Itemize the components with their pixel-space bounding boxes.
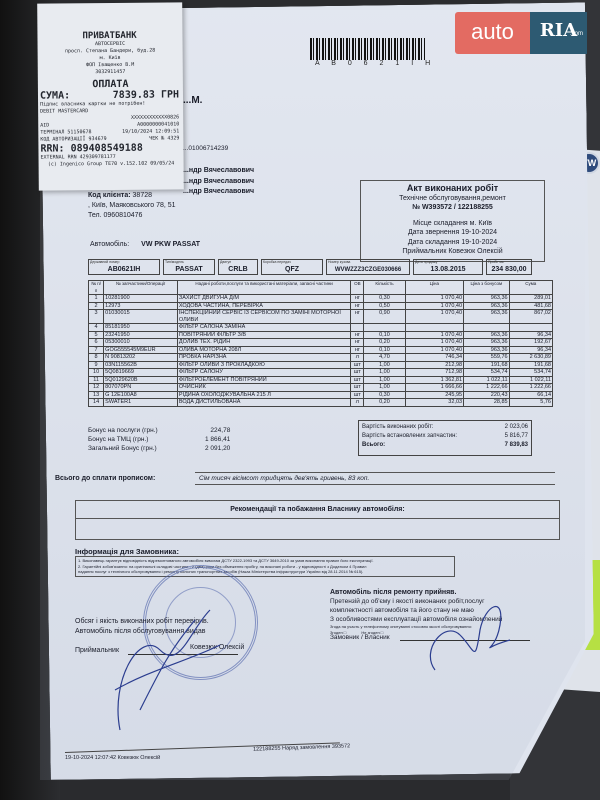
bonus-total-value: 2 091,20 <box>205 444 230 453</box>
table-cell: ВОДА ДИСТИЛЬОВАНА <box>177 399 350 407</box>
table-cell <box>405 324 464 332</box>
table-cell: 1 022,11 <box>464 376 510 384</box>
table-cell: 96,34 <box>509 331 552 339</box>
act-subtitle: Технічне обслуговування,ремонт <box>361 194 544 204</box>
table-cell: 0,50 <box>364 302 405 310</box>
table-cell: 66,14 <box>509 391 552 399</box>
table-cell: ФІЛЬТР САЛОНА ЗАМІНА <box>177 324 350 332</box>
table-cell: 963,36 <box>464 346 510 354</box>
vehicle-field-model: Тип/модельPASSAT <box>163 259 215 275</box>
owner-label: Замовник / Власник <box>330 634 390 641</box>
partial-header-line1: ...М. <box>183 95 202 106</box>
table-cell: 4 <box>89 324 104 332</box>
totals-total: Всього:7 839,83 <box>362 441 528 450</box>
table-cell: 481,68 <box>509 302 552 310</box>
table-row: 523241950ПОВІТРЯНИЙ ФІЛЬТР З/Внг0,101 07… <box>89 331 553 339</box>
table-cell: 191,68 <box>464 361 510 369</box>
partial-name-3: ...ндр Вячеславович <box>183 188 254 195</box>
table-cell: 5Q0819669 <box>104 369 178 377</box>
table-cell: 5 <box>89 331 104 339</box>
table-cell: 1 070,40 <box>405 295 464 303</box>
table-cell: 3 <box>89 310 104 324</box>
table-row: 13G 12E100A8РІДИНА ОХОЛОДЖУВАЛЬНА 215 Лш… <box>89 391 553 399</box>
table-cell: 1 070,40 <box>405 302 464 310</box>
table-cell: 1 <box>89 295 104 303</box>
receipt-sum-label: СУМА: <box>40 90 70 101</box>
table-cell: 963,36 <box>464 302 510 310</box>
totals-parts: Вартість встановлених запчастин:5 816,77 <box>362 432 528 441</box>
table-row: 8N 90813202ПРОБКА НАРІЗНАл4,70746,34559,… <box>89 354 553 362</box>
table-cell: л <box>351 399 364 407</box>
receipt-sum-value: 7839.83 ГРН <box>113 89 179 101</box>
table-cell: ІНСПЕКЦІЙНИЙ СЕРВІС ІЗ СЕРВІСОМ ПО ЗАМІН… <box>177 310 350 324</box>
table-cell: 01030015 <box>104 310 178 324</box>
bonus-labels: Бонус на послуги (грн.) Бонус на ТМЦ (гр… <box>88 426 158 453</box>
table-cell: 0,90 <box>364 310 405 324</box>
table-cell: 1 222,66 <box>464 384 510 392</box>
table-cell: нг <box>351 310 364 324</box>
vehicle-field-mileage: Пробіг км.234 830,00 <box>486 259 532 275</box>
bonus-total-label: Загальний Бонус (грн.) <box>88 444 158 453</box>
autoria-logo: auto RIA .com <box>455 12 587 54</box>
table-cell: 0,20 <box>364 399 405 407</box>
works-table: № п/п № запчастини/Операції Надані робот… <box>88 280 553 407</box>
footer-left: 19-10-2024 12:07:42 Ковезюк Олексій <box>65 755 160 761</box>
logo-ria: RIA .com <box>530 12 587 54</box>
table-row: 7GOG555545M9EURОЛИВА МОТОРНА 208Лнг0,101… <box>89 346 553 354</box>
table-cell: 245,95 <box>405 391 464 399</box>
table-cell: 867,02 <box>509 310 552 324</box>
barcode <box>310 38 425 60</box>
table-cell: SWATER1 <box>104 399 178 407</box>
bonus-services-value: 224,78 <box>205 426 230 435</box>
table-cell: 0,30 <box>364 391 405 399</box>
vehicle-field-gearbox: Коробка передачQFZ <box>261 259 323 275</box>
table-cell: 85181950 <box>104 324 178 332</box>
table-cell <box>464 324 510 332</box>
customer-info-title: Інформація для Замовника: <box>75 547 179 556</box>
table-cell: 1 070,40 <box>405 346 464 354</box>
table-cell: ЗАХИСТ ДВИГУНА Д/М <box>177 295 350 303</box>
table-cell: 191,68 <box>509 361 552 369</box>
act-place: Місце складання м. Київ <box>361 219 544 229</box>
table-cell: 746,34 <box>405 354 464 362</box>
payment-receipt: ПРИВАТБАНК АВТОСЕРВІС просп. Степана Бан… <box>37 2 184 190</box>
table-row: 485181950ФІЛЬТР САЛОНА ЗАМІНА <box>89 324 553 332</box>
recommendations-divider <box>75 518 560 519</box>
table-cell: нг <box>351 331 364 339</box>
table-cell: ФІЛЬТРОЕЛЕМЕНТ ПОВІТРЯНИЙ <box>177 376 350 384</box>
table-cell: 8 <box>89 354 104 362</box>
table-cell: 4,70 <box>364 354 405 362</box>
table-cell: шт <box>351 376 364 384</box>
table-cell: ПОВІТРЯНИЙ ФІЛЬТР З/В <box>177 331 350 339</box>
vehicle-field-engine: ДвигунCRLB <box>218 259 258 275</box>
table-cell: 28,85 <box>464 399 510 407</box>
table-cell: 5,76 <box>509 399 552 407</box>
table-cell: ОЛИВА МОТОРНА 208Л <box>177 346 350 354</box>
vehicle-field-vin: Номер кузоваWVWZZZ3CZGE030666 <box>326 259 410 275</box>
table-cell: 9 <box>89 361 104 369</box>
table-row: 115Q0129620BФІЛЬТРОЕЛЕМЕНТ ПОВІТРЯНИЙшт1… <box>89 376 553 384</box>
table-cell: 1 070,40 <box>405 310 464 324</box>
barcode-text: A B 0 6 2 1 I H <box>315 60 435 67</box>
table-cell: GOG555545M9EUR <box>104 346 178 354</box>
partial-header-line2: ...01006714239 <box>183 145 228 152</box>
table-cell: шт <box>351 391 364 399</box>
partial-name-2: ...ндр Вячеславович <box>183 178 254 185</box>
table-cell: ОЧИСНИК <box>177 384 350 392</box>
table-cell: 14 <box>89 399 104 407</box>
in-words-value: Сім тисяч вісімсот тридцять дев'ять грив… <box>195 472 555 485</box>
client-address: , Київ, Маяковського 78, 51 <box>88 202 176 209</box>
table-cell: 289,01 <box>509 295 552 303</box>
table-cell: шт <box>351 369 364 377</box>
table-cell: нг <box>351 346 364 354</box>
table-cell: 559,76 <box>464 354 510 362</box>
bonus-goods-value: 1 866,41 <box>205 435 230 444</box>
table-cell: 1,00 <box>364 376 405 384</box>
act-number: № W393572 / 122188255 <box>361 203 544 213</box>
bonus-goods-label: Бонус на ТМЦ (грн.) <box>88 435 158 444</box>
table-cell: РІДИНА ОХОЛОДЖУВАЛЬНА 215 Л <box>177 391 350 399</box>
table-cell: 1 362,81 <box>405 376 464 384</box>
table-cell: 0,10 <box>364 346 405 354</box>
client-phone: Тел. 0960810476 <box>88 212 142 219</box>
table-cell: 03N115562B <box>104 361 178 369</box>
table-cell: 13 <box>89 391 104 399</box>
client-code: Код клієнта: 38728 <box>88 192 152 199</box>
table-cell: 212,98 <box>405 361 464 369</box>
table-cell: 2 <box>89 302 104 310</box>
table-cell <box>364 324 405 332</box>
table-cell: 10281900 <box>104 295 178 303</box>
table-cell: N 90813202 <box>104 354 178 362</box>
table-cell: ДОЛИВ ТЕХ. РІДИН <box>177 339 350 347</box>
totals-works: Вартість виконаних робіт:2 023,06 <box>362 423 528 432</box>
table-cell: 12 <box>89 384 104 392</box>
table-cell: 963,36 <box>464 331 510 339</box>
table-cell: ФІЛЬТР САЛОНУ <box>177 369 350 377</box>
client-code-value: 38728 <box>133 192 152 199</box>
table-row: 105Q0819669ФІЛЬТР САЛОНУшт1,00712,98534,… <box>89 369 553 377</box>
customer-info-box: 1. Виконавець гарантує відповідність від… <box>75 556 455 577</box>
table-cell: 1 070,40 <box>405 339 464 347</box>
table-cell: 05300010 <box>104 339 178 347</box>
vehicle-field-sale-date: Дата продажу13.08.2015 <box>413 259 483 275</box>
table-cell: 5Q0129620B <box>104 376 178 384</box>
table-row: 14SWATER1ВОДА ДИСТИЛЬОВАНАл0,2032,0328,8… <box>89 399 553 407</box>
table-cell: 23241950 <box>104 331 178 339</box>
table-cell: 807070PN <box>104 384 178 392</box>
table-cell: ПРОБКА НАРІЗНА <box>177 354 350 362</box>
table-cell: шт <box>351 361 364 369</box>
vehicle-fields: Державний номерAB0621IH Тип/модельPASSAT… <box>88 259 558 275</box>
table-row: 12807070PNОЧИСНИКшт1,001 666,661 222,661… <box>89 384 553 392</box>
table-cell: 963,36 <box>464 295 510 303</box>
act-info-box: Акт виконаних робіт Технічне обслуговува… <box>360 180 545 262</box>
table-row: 605300010ДОЛИВ ТЕХ. РІДИНнг0,201 070,409… <box>89 339 553 347</box>
table-cell: нг <box>351 295 364 303</box>
table-cell: 0,20 <box>364 339 405 347</box>
client-code-label: Код клієнта: <box>88 192 131 199</box>
bonus-services-label: Бонус на послуги (грн.) <box>88 426 158 435</box>
table-cell: 712,98 <box>405 369 464 377</box>
vehicle-field-plate: Державний номерAB0621IH <box>88 259 160 275</box>
table-cell: 534,74 <box>464 369 510 377</box>
table-row: 110281900ЗАХИСТ ДВИГУНА Д/Мнг0,301 070,4… <box>89 295 553 303</box>
totals-box: Вартість виконаних робіт:2 023,06 Вартіс… <box>358 420 532 456</box>
vehicle-line: Автомобіль: VW PKW PASSAT <box>90 241 200 248</box>
table-cell: 220,43 <box>464 391 510 399</box>
table-cell: л <box>351 354 364 362</box>
owner-signature <box>415 590 525 680</box>
receipt-id: 3032911457 <box>38 68 183 76</box>
table-cell: нг <box>351 339 364 347</box>
table-cell: 1 666,66 <box>405 384 464 392</box>
act-request-date: Дата звернення 19-10-2024 <box>361 228 544 238</box>
table-cell: 6 <box>89 339 104 347</box>
table-cell: 534,74 <box>509 369 552 377</box>
receiver-signature <box>100 590 260 750</box>
table-cell <box>509 324 552 332</box>
bonus-values: 224,78 1 866,41 2 091,20 <box>205 426 230 453</box>
act-receiver: Приймальник Ковезюк Олексій <box>361 247 544 257</box>
table-cell: 2 630,89 <box>509 354 552 362</box>
table-cell: ФІЛЬТР ОЛИВИ З ПРОКЛАДКОЮ <box>177 361 350 369</box>
act-title: Акт виконаних робіт <box>361 184 544 194</box>
in-words-label: Всього до сплати прописом: <box>55 475 155 482</box>
logo-suffix: .com <box>570 15 583 53</box>
table-cell: 0,30 <box>364 295 405 303</box>
table-cell: 1 222,66 <box>509 384 552 392</box>
table-cell: 32,03 <box>405 399 464 407</box>
table-cell: 11 <box>89 376 104 384</box>
works-table-header: № п/п № запчастини/Операції Надані робот… <box>89 281 553 295</box>
act-compile-date: Дата складання 19-10-2024 <box>361 238 544 248</box>
table-cell: 1 070,40 <box>405 331 464 339</box>
receipt-sum: СУМА: 7839.83 ГРН <box>38 89 183 101</box>
vehicle-label: Автомобіль: <box>90 241 129 248</box>
table-cell: 12973 <box>104 302 178 310</box>
table-cell: 963,36 <box>464 339 510 347</box>
logo-auto: auto <box>455 12 530 54</box>
table-cell: ХОДОВА ЧАСТИНА, ПЕРЕВІРКА <box>177 302 350 310</box>
table-cell: 1 022,11 <box>509 376 552 384</box>
recommendations-title: Рекомендації та побажання Власнику автом… <box>75 506 560 513</box>
table-cell: 0,10 <box>364 331 405 339</box>
table-cell: 10 <box>89 369 104 377</box>
table-row: 301030015ІНСПЕКЦІЙНИЙ СЕРВІС ІЗ СЕРВІСОМ… <box>89 310 553 324</box>
table-cell <box>351 324 364 332</box>
table-row: 212973ХОДОВА ЧАСТИНА, ПЕРЕВІРКАнг0,501 0… <box>89 302 553 310</box>
partial-name-1: ...ндр Вячеславович <box>183 167 254 174</box>
table-cell: шт <box>351 384 364 392</box>
table-cell: 96,34 <box>509 346 552 354</box>
table-cell: 963,36 <box>464 310 510 324</box>
table-cell: 1,00 <box>364 384 405 392</box>
table-cell: 1,00 <box>364 369 405 377</box>
customer-info-line3: надання послуг з технічного обслуговуван… <box>78 569 452 575</box>
receipt-footer: (c) Ingenico Group TE70 v.152.102 09/05/… <box>39 160 184 168</box>
table-cell: 192,67 <box>509 339 552 347</box>
table-cell: 1,00 <box>364 361 405 369</box>
table-row: 903N115562BФІЛЬТР ОЛИВИ З ПРОКЛАДКОЮшт1,… <box>89 361 553 369</box>
table-cell: 7 <box>89 346 104 354</box>
table-cell: нг <box>351 302 364 310</box>
table-cell: G 12E100A8 <box>104 391 178 399</box>
vehicle-value: VW PKW PASSAT <box>141 241 200 248</box>
